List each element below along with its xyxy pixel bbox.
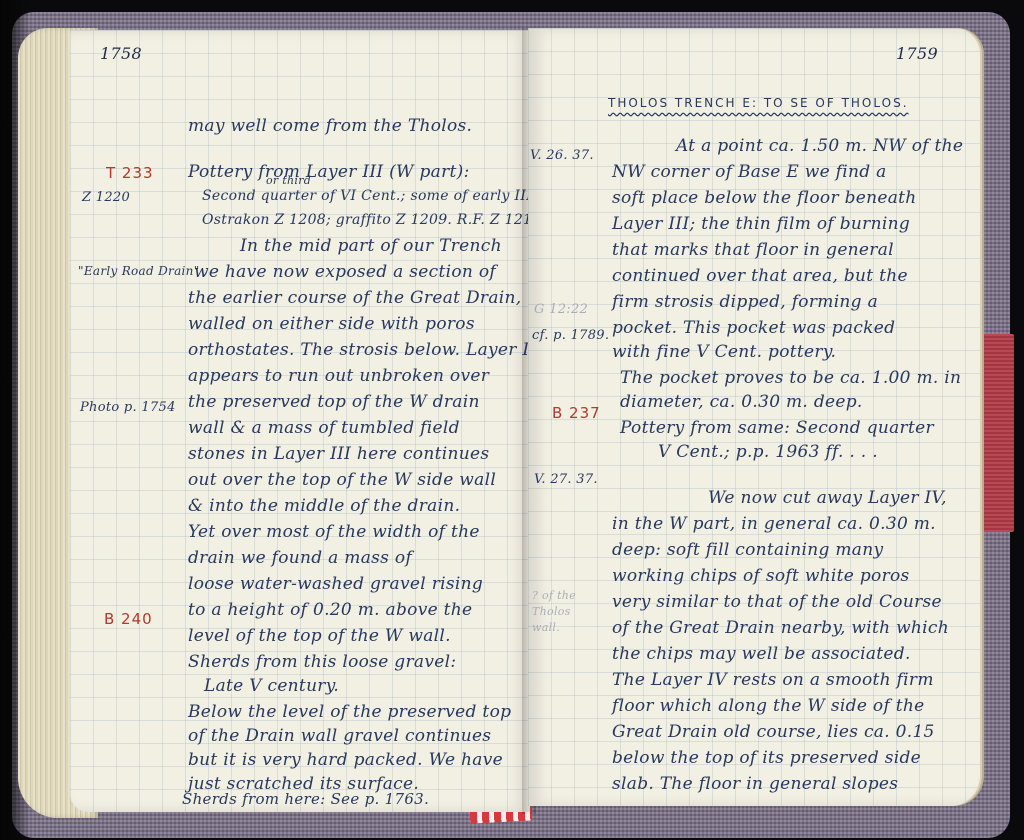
- text-line: deep: soft fill containing many: [612, 540, 883, 560]
- text-line: continued over that area, but the: [612, 266, 908, 286]
- text-line: At a point ca. 1.50 m. NW of the: [676, 136, 963, 156]
- text-line: The Layer IV rests on a smooth firm: [612, 670, 934, 690]
- text-line: soft place below the floor beneath: [612, 188, 917, 208]
- margin-note-photo-ref: Photo p. 1754: [80, 400, 176, 415]
- text-line: drain we found a mass of: [188, 548, 412, 568]
- text-line: level of the top of the W wall.: [188, 626, 451, 646]
- bookmark-elastic-band: [980, 334, 1014, 532]
- text-line: to a height of 0.20 m. above the: [188, 600, 472, 620]
- text-line: Great Drain old course, lies ca. 0.15: [612, 722, 935, 742]
- text-line: floor which along the W side of the: [612, 696, 924, 716]
- right-page: 1759 THOLOS TRENCH E: TO SE OF THOLOS. V…: [528, 28, 980, 806]
- text-line: Second quarter of VI Cent.; some of earl…: [202, 188, 530, 204]
- text-line: below the top of its preserved side: [612, 748, 921, 768]
- page-number: 1758: [100, 44, 142, 63]
- text-line: wall & a mass of tumbled field: [188, 418, 460, 438]
- text-line: but it is very hard packed. We have: [188, 750, 503, 770]
- margin-note-date: V. 27. 37.: [534, 472, 598, 487]
- page-number: 1759: [896, 44, 938, 63]
- text-line: the preserved top of the W drain: [188, 392, 480, 412]
- margin-note-catalog: B 240: [104, 610, 153, 628]
- text-line: Sherds from this loose gravel:: [188, 652, 456, 672]
- text-line: slab. The floor in general slopes: [612, 774, 898, 794]
- margin-note-label: "Early Road Drain": [78, 264, 200, 278]
- text-line: Below the level of the preserved top: [188, 702, 511, 722]
- text-line: Pottery from same: Second quarter: [620, 418, 934, 438]
- text-line: of the Great Drain nearby, with which: [612, 618, 949, 638]
- text-line: the earlier course of the Great Drain,: [188, 288, 521, 308]
- text-line: we have now exposed a section of: [194, 262, 496, 282]
- text-line: may well come from the Tholos.: [188, 116, 472, 136]
- margin-note-inventory: Z 1220: [82, 190, 130, 205]
- text-line: loose water-washed gravel rising: [188, 574, 483, 594]
- text-line: Layer III; the thin film of burning: [612, 214, 910, 234]
- text-line: Yet over most of the width of the: [188, 522, 480, 542]
- margin-note-catalog: B 237: [552, 404, 601, 422]
- text-line: very similar to that of the old Course: [612, 592, 942, 612]
- text-line: firm strosis dipped, forming a: [612, 292, 878, 312]
- text-line: working chips of soft white poros: [612, 566, 910, 586]
- text-line: with fine V Cent. pottery.: [612, 342, 836, 362]
- text-line: & into the middle of the drain.: [188, 496, 460, 516]
- text-line: In the mid part of our Trench: [240, 236, 502, 256]
- text-line: walled on either side with poros: [188, 314, 475, 334]
- margin-note-cross-ref: cf. p. 1789.: [532, 328, 609, 343]
- margin-note-pencil: ? of the Tholos wall.: [532, 588, 602, 636]
- section-heading: THOLOS TRENCH E: TO SE OF THOLOS.: [608, 96, 909, 110]
- text-line: the chips may well be associated.: [612, 644, 911, 664]
- text-line: orthostates. The strosis below. Layer II…: [188, 340, 530, 360]
- text-line: NW corner of Base E we find a: [612, 162, 887, 182]
- text-line: that marks that floor in general: [612, 240, 894, 260]
- text-line: out over the top of the W side wall: [188, 470, 496, 490]
- text-line: stones in Layer III here continues: [188, 444, 489, 464]
- left-page: 1758 may well come from the Tholos. T 23…: [70, 30, 530, 812]
- text-line: V Cent.; p.p. 1963 ff. . . .: [658, 442, 878, 462]
- text-line: Late V century.: [204, 676, 339, 696]
- text-line: in the W part, in general ca. 0.30 m.: [612, 514, 936, 534]
- interlinear-note: or third: [266, 174, 311, 187]
- text-line: of the Drain wall gravel continues: [188, 726, 491, 746]
- text-line: Sherds from here: See p. 1763.: [182, 790, 429, 808]
- text-line: Ostrakon Z 1208; graffito Z 1209. R.F. Z…: [202, 212, 530, 228]
- margin-note-date: V. 26. 37.: [530, 148, 594, 163]
- text-line: appears to run out unbroken over: [188, 366, 489, 386]
- text-line: We now cut away Layer IV,: [708, 488, 947, 508]
- text-line: pocket. This pocket was packed: [612, 318, 895, 338]
- text-line: diameter, ca. 0.30 m. deep.: [620, 392, 863, 412]
- margin-note-catalog: T 233: [106, 164, 154, 182]
- margin-note-grid-ref: G 12:22: [534, 302, 588, 317]
- text-line: The pocket proves to be ca. 1.00 m. in: [620, 368, 961, 388]
- text-line: Pottery from Layer III (W part):: [188, 162, 470, 182]
